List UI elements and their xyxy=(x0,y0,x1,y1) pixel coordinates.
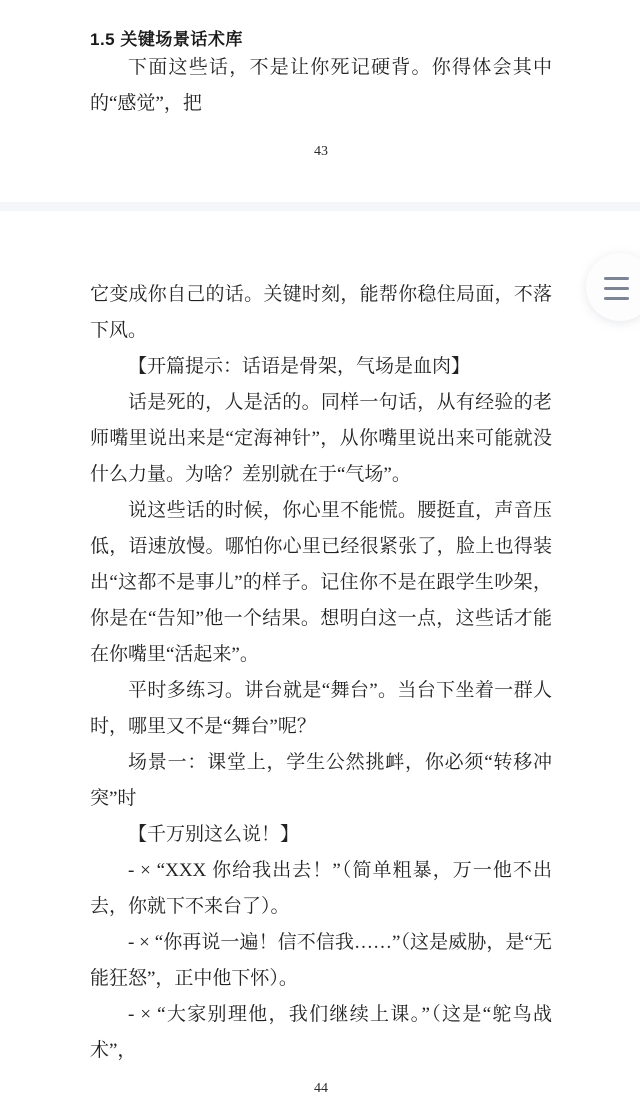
section-heading: 1.5 关键场景话术库 xyxy=(90,25,552,50)
reader-screen: 1.5 关键场景话术库 下面这些话，不是让你死记硬背。你得体会其中的“感觉”，把… xyxy=(0,0,640,1093)
hamburger-bar xyxy=(604,277,629,280)
paragraph: 话是死的，人是活的。同样一句话，从有经验的老师嘴里说出来是“定海神针”，从你嘴里… xyxy=(90,385,552,493)
page-separator xyxy=(0,202,640,211)
paragraph: 【千万别这么说！】 xyxy=(90,817,552,853)
paragraph: 说这些话的时候，你心里不能慌。腰挺直，声音压低，语速放慢。哪怕你心里已经很紧张了… xyxy=(90,493,552,673)
page-44: 它变成你自己的话。关键时刻，能帮你稳住局面，不落下风。 【开篇提示：话语是骨架，… xyxy=(0,211,640,1093)
hamburger-bar xyxy=(604,297,629,300)
paragraph: - × “大家别理他，我们继续上课。”（这是“鸵鸟战术”， xyxy=(90,997,552,1069)
paragraph: - × “你再说一遍！信不信我……”（这是威胁，是“无能狂怒”，正中他下怀）。 xyxy=(90,925,552,997)
paragraph: 它变成你自己的话。关键时刻，能帮你稳住局面，不落下风。 xyxy=(90,277,552,349)
hamburger-bar xyxy=(604,287,629,290)
paragraph: 平时多练习。讲台就是“舞台”。当台下坐着一群人时，哪里又不是“舞台”呢？ xyxy=(90,673,552,745)
hamburger-menu-icon xyxy=(604,277,629,300)
paragraph: 【开篇提示：话语是骨架，气场是血肉】 xyxy=(90,349,552,385)
page-number-44: 44 xyxy=(90,1081,552,1093)
paragraph: 下面这些话，不是让你死记硬背。你得体会其中的“感觉”，把 xyxy=(90,50,552,122)
page-number-43: 43 xyxy=(90,144,552,160)
page-43: 1.5 关键场景话术库 下面这些话，不是让你死记硬背。你得体会其中的“感觉”，把… xyxy=(0,0,640,202)
paragraph: 场景一：课堂上，学生公然挑衅，你必须“转移冲突”时 xyxy=(90,745,552,817)
paragraph: - × “XXX 你给我出去！”（简单粗暴，万一他不出去，你就下不来台了）。 xyxy=(90,853,552,925)
